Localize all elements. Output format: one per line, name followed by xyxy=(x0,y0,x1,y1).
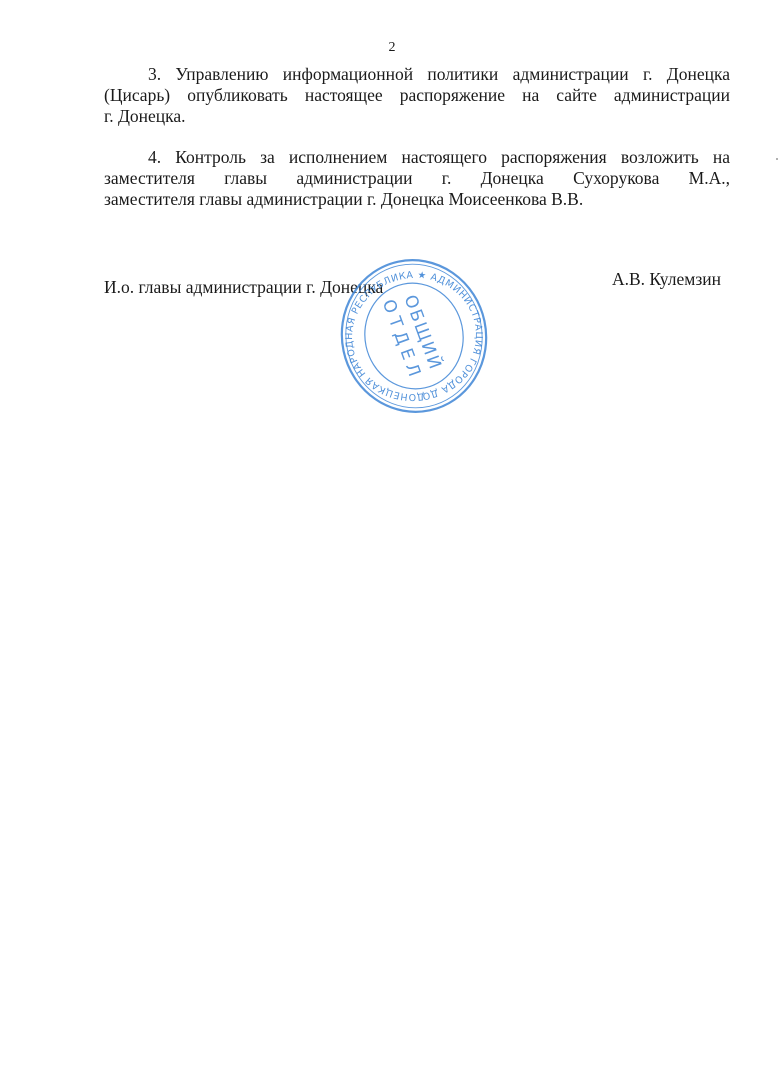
paragraph-3: 3. Управлению информационной политики ад… xyxy=(104,64,730,127)
page-number: 2 xyxy=(0,40,784,56)
scan-speck xyxy=(776,158,778,160)
paragraph-line: заместителя главы администрации г. Донец… xyxy=(104,168,730,189)
official-stamp: ДОНЕЦКАЯ НАРОДНАЯ РЕСПУБЛИКА ★ АДМИНИСТР… xyxy=(334,256,494,416)
paragraph-line: г. Донецка. xyxy=(104,106,730,127)
paragraph-line: заместителя главы администрации г. Донец… xyxy=(104,189,730,210)
stamp-seal-icon: ДОНЕЦКАЯ НАРОДНАЯ РЕСПУБЛИКА ★ АДМИНИСТР… xyxy=(334,256,494,416)
paragraph-line: (Цисарь) опубликовать настоящее распоряж… xyxy=(104,85,730,106)
paragraph-4: 4. Контроль за исполнением настоящего ра… xyxy=(104,147,730,210)
paragraph-line: 4. Контроль за исполнением настоящего ра… xyxy=(104,147,730,168)
signatory-name: А.В. Кулемзин xyxy=(612,269,721,290)
paragraph-line: 3. Управлению информационной политики ад… xyxy=(104,64,730,85)
